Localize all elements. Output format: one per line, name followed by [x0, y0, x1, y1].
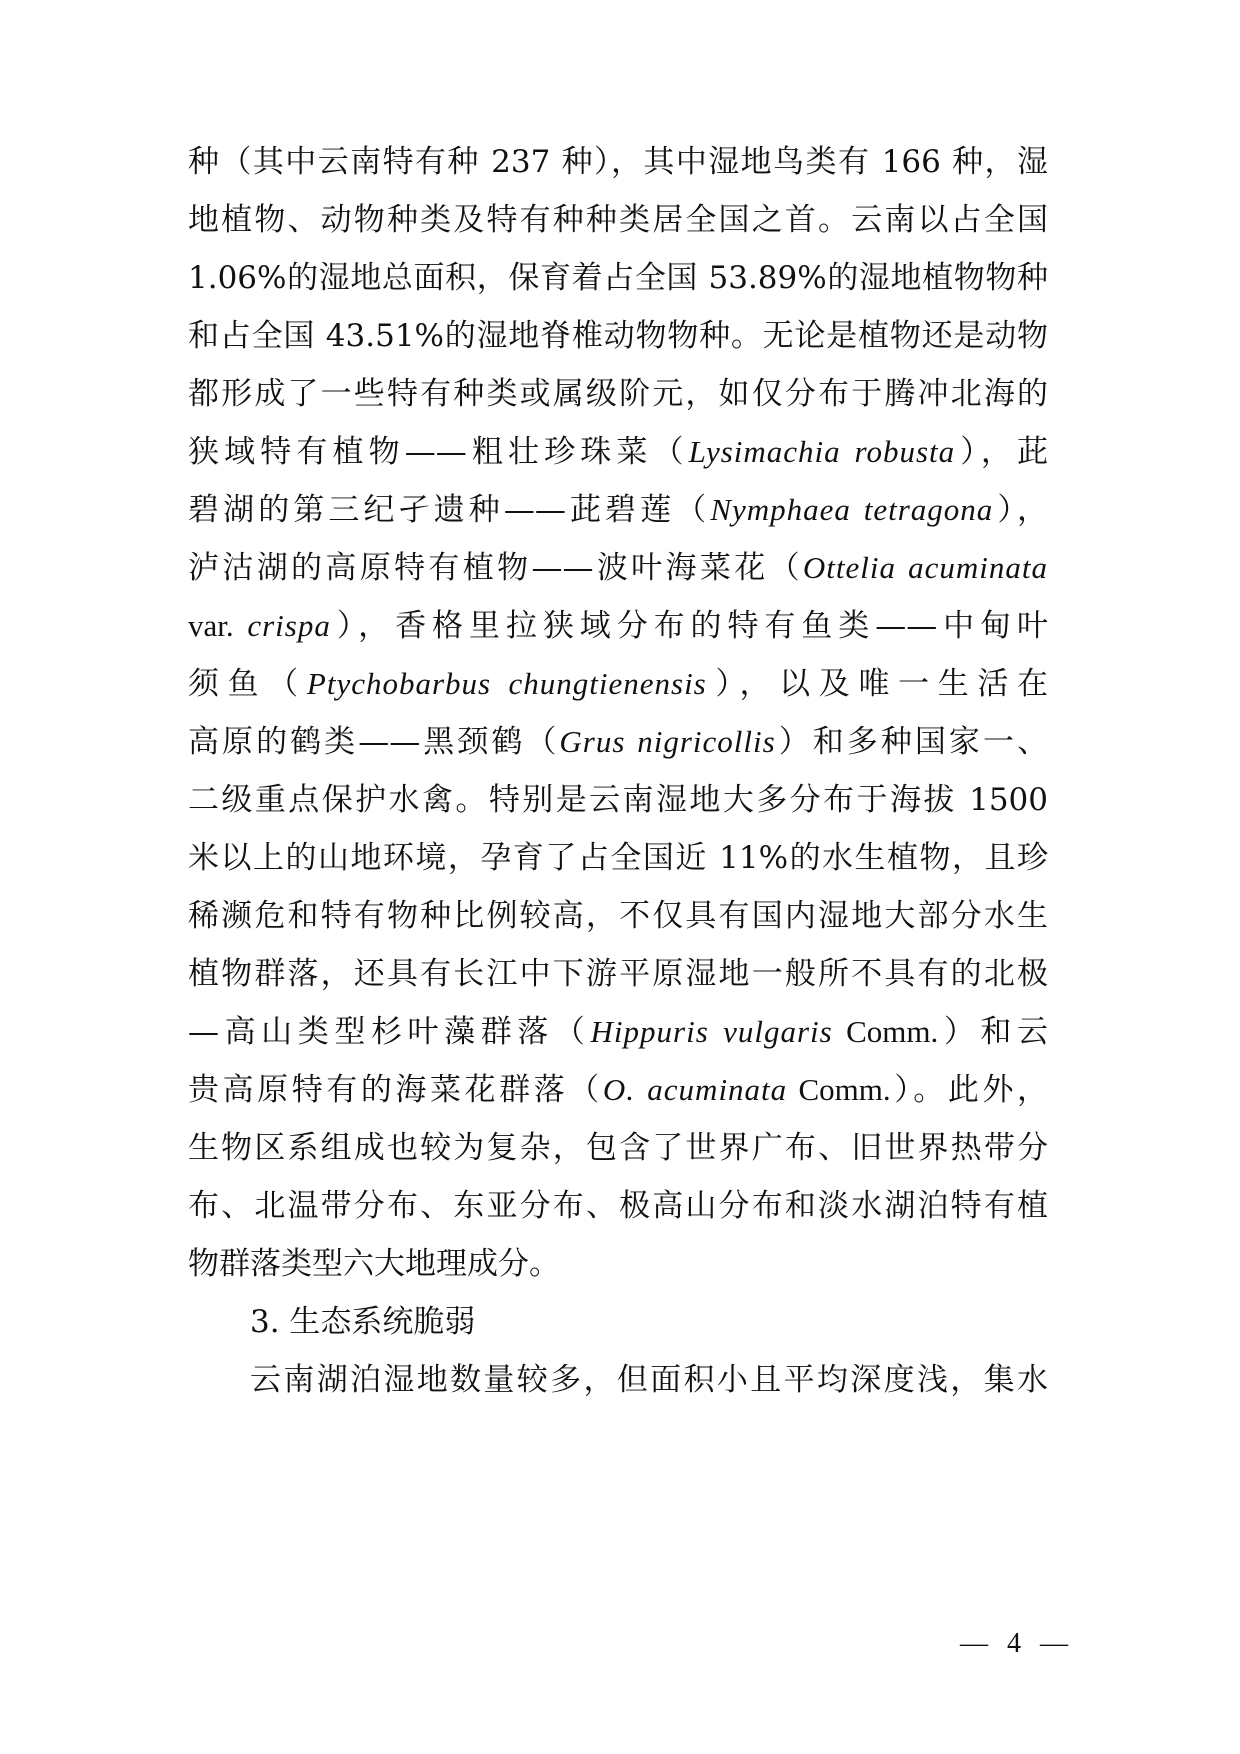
body-text-line: var. crispa），香格里拉狭域分布的特有鱼类——中甸叶 [188, 594, 1048, 658]
text-segment: ）， [993, 492, 1048, 528]
body-text-line: 植物群落，还具有长江中下游平原湿地一般所不具有的北极 [188, 942, 1048, 1006]
text-segment: Comm.）和云 [833, 1014, 1048, 1049]
text-segment: 米以上的山地环境，孕育了占全国近 11%的水生植物，且珍 [188, 840, 1048, 876]
text-segment: 须鱼（ [188, 666, 307, 702]
body-text-line: 贵高原特有的海菜花群落（O. acuminata Comm.）。此外， [188, 1058, 1048, 1122]
body-text-line: 二级重点保护水禽。特别是云南湿地大多分布于海拔 1500 [188, 768, 1048, 832]
text-segment: 都形成了一些特有种类或属级阶元，如仅分布于腾冲北海的 [188, 376, 1048, 412]
page-number: — 4 — [960, 1628, 1074, 1660]
body-text-line: 须鱼（Ptychobarbus chungtienensis），以及唯一生活在 [188, 652, 1048, 716]
text-segment: 和占全国 43.51%的湿地脊椎动物物种。无论是植物还是动物 [188, 318, 1048, 354]
paragraph-first-line: 云南湖泊湿地数量较多，但面积小且平均深度浅，集水 [250, 1348, 1048, 1412]
body-text-line: 稀濒危和特有物种比例较高，不仅具有国内湿地大部分水生 [188, 884, 1048, 948]
body-text-line: 物群落类型六大地理成分。 [188, 1232, 1048, 1296]
text-segment: 狭域特有植物——粗壮珍珠菜（ [188, 434, 689, 470]
scientific-name: crispa [247, 608, 331, 643]
text-segment: ），茈 [955, 434, 1048, 470]
text-segment: ）和多种国家一、 [776, 724, 1048, 760]
scientific-name: O. acuminata [603, 1072, 787, 1107]
text-segment: 稀濒危和特有物种比例较高，不仅具有国内湿地大部分水生 [188, 898, 1048, 934]
text-segment: 贵高原特有的海菜花群落（ [188, 1072, 603, 1108]
text-segment: var. [188, 608, 247, 643]
text-segment: —高山类型杉叶藻群落（ [188, 1014, 591, 1050]
body-text-line: 地植物、动物种类及特有种种类居全国之首。云南以占全国 [188, 188, 1048, 252]
text-segment: 泸沽湖的高原特有植物——波叶海菜花（ [188, 550, 803, 586]
text-segment: Comm.）。此外， [787, 1072, 1048, 1107]
body-text-line: 都形成了一些特有种类或属级阶元，如仅分布于腾冲北海的 [188, 362, 1048, 426]
text-segment: ），以及唯一生活在 [707, 666, 1048, 702]
document-page: 种（其中云南特有种 237 种），其中湿地鸟类有 166 种，湿 地植物、动物种… [0, 0, 1240, 1754]
body-text-line: 种（其中云南特有种 237 种），其中湿地鸟类有 166 种，湿 [188, 130, 1048, 194]
text-segment: 物群落类型六大地理成分。 [188, 1246, 560, 1282]
section-heading: 3. 生态系统脆弱 [250, 1290, 1048, 1354]
text-segment: 二级重点保护水禽。特别是云南湿地大多分布于海拔 1500 [188, 782, 1048, 818]
text-segment: 碧湖的第三纪孑遗种——茈碧莲（ [188, 492, 710, 528]
body-text-line: —高山类型杉叶藻群落（Hippuris vulgaris Comm.）和云 [188, 1000, 1048, 1064]
body-text-line: 生物区系组成也较为复杂，包含了世界广布、旧世界热带分 [188, 1116, 1048, 1180]
scientific-name: Lysimachia robusta [689, 434, 955, 469]
body-text-line: 米以上的山地环境，孕育了占全国近 11%的水生植物，且珍 [188, 826, 1048, 890]
text-segment: 植物群落，还具有长江中下游平原湿地一般所不具有的北极 [188, 956, 1048, 992]
text-segment: 1.06%的湿地总面积，保育着占全国 53.89%的湿地植物物种 [188, 260, 1048, 296]
text-segment: 生物区系组成也较为复杂，包含了世界广布、旧世界热带分 [188, 1130, 1048, 1166]
text-segment: ），香格里拉狭域分布的特有鱼类——中甸叶 [331, 608, 1048, 644]
text-segment: 种（其中云南特有种 237 种），其中湿地鸟类有 166 种，湿 [188, 144, 1048, 180]
text-segment: 布、北温带分布、东亚分布、极高山分布和淡水湖泊特有植 [188, 1188, 1048, 1224]
body-text-line: 高原的鹤类——黑颈鹤（Grus nigricollis）和多种国家一、 [188, 710, 1048, 774]
scientific-name: Hippuris vulgaris [591, 1014, 833, 1049]
scientific-name: Ottelia acuminata [803, 550, 1048, 585]
scientific-name: Ptychobarbus chungtienensis [307, 666, 707, 701]
body-text-line: 和占全国 43.51%的湿地脊椎动物物种。无论是植物还是动物 [188, 304, 1048, 368]
body-text-line: 碧湖的第三纪孑遗种——茈碧莲（Nymphaea tetragona）， [188, 478, 1048, 542]
text-segment: 高原的鹤类——黑颈鹤（ [188, 724, 559, 760]
body-text-line: 布、北温带分布、东亚分布、极高山分布和淡水湖泊特有植 [188, 1174, 1048, 1238]
text-segment: 地植物、动物种类及特有种种类居全国之首。云南以占全国 [188, 202, 1048, 238]
body-text-line: 泸沽湖的高原特有植物——波叶海菜花（Ottelia acuminata [188, 536, 1048, 600]
scientific-name: Grus nigricollis [559, 724, 775, 759]
body-text-line: 1.06%的湿地总面积，保育着占全国 53.89%的湿地植物物种 [188, 246, 1048, 310]
body-text-line: 狭域特有植物——粗壮珍珠菜（Lysimachia robusta），茈 [188, 420, 1048, 484]
scientific-name: Nymphaea tetragona [710, 492, 993, 527]
